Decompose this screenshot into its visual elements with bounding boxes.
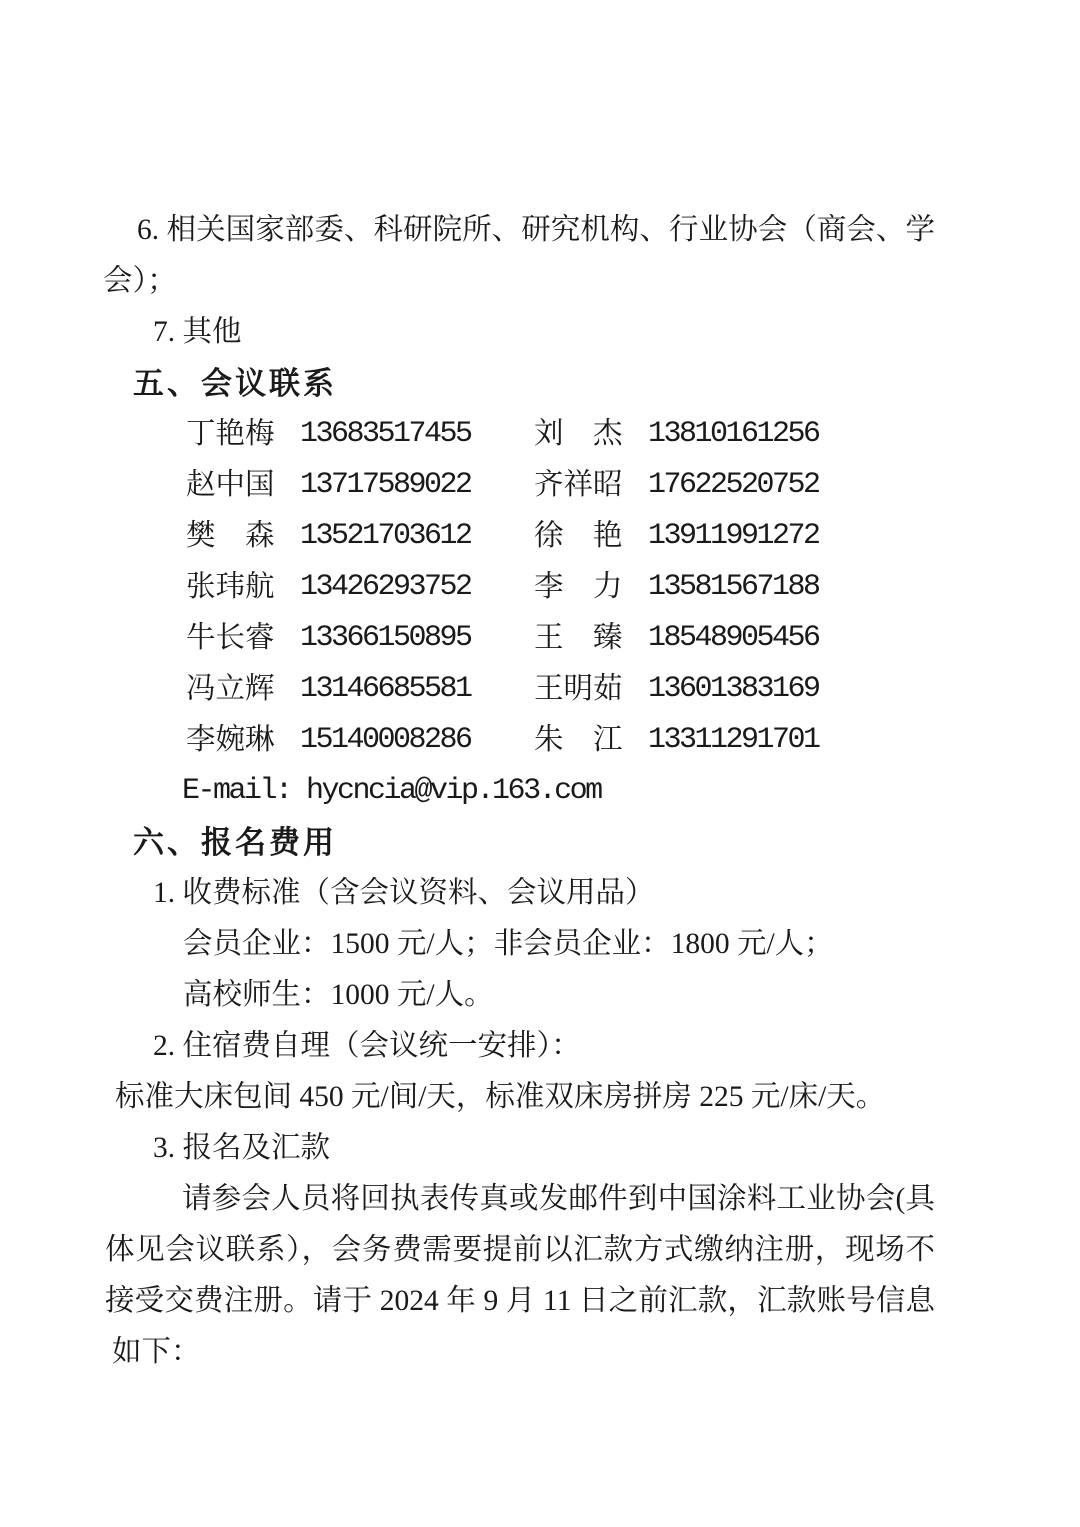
contact-phone: 15140008286 [300,715,534,766]
contact-row: 李婉琳 15140008286 朱 江 13311291701 [186,715,1080,766]
contact-phone: 13366150895 [300,613,534,664]
contact-name: 刘 杰 [534,409,627,460]
contact-name: 王 臻 [534,613,627,664]
contact-name: 李 力 [534,562,627,613]
contact-phone: 13521703612 [300,511,534,562]
fee-standard-title: 1. 收费标准（含会议资料、会议用品） [153,868,1080,919]
page: { "document": { "background": "#ffffff",… [0,0,1080,1527]
contact-phone: 13717589022 [300,460,534,511]
section-heading-fees: 六、报名费用 [133,817,1080,868]
contact-row: 牛长睿 13366150895 王 臻 18548905456 [186,613,1080,664]
registration-title: 3. 报名及汇款 [153,1123,1080,1174]
contact-name: 朱 江 [534,715,627,766]
registration-para-line-1: 请参会人员将回执表传真或发邮件到中国涂料工业协会(具 [182,1174,935,1225]
contact-name: 冯立辉 [186,664,279,715]
org-item-6-line-2: 会）； [103,256,1080,307]
email-line: E-mail: hycncia@vip.163.com [182,766,1080,817]
registration-para-line-3: 接受交费注册。请于 2024 年 9 月 11 日之前汇款，汇款账号信息 [105,1276,935,1327]
contact-phone: 13601383169 [648,664,819,715]
contact-phone: 13426293752 [300,562,534,613]
contact-name: 樊 森 [186,511,279,562]
contact-phone: 13810161256 [648,409,819,460]
contact-row: 赵中国 13717589022 齐祥昭 17622520752 [186,460,1080,511]
contact-name: 徐 艳 [534,511,627,562]
contact-row: 丁艳梅 13683517455 刘 杰 13810161256 [186,409,1080,460]
contact-name: 牛长睿 [186,613,279,664]
contact-phone: 17622520752 [648,460,819,511]
contact-name: 丁艳梅 [186,409,279,460]
registration-para-line-4: 如下： [112,1327,1080,1378]
contact-name: 齐祥昭 [534,460,627,511]
document-page: 6. 相关国家部委、科研院所、研究机构、行业协会（商会、学 会）； 7. 其他 … [0,205,1080,1378]
contact-phone: 13683517455 [300,409,534,460]
contact-row: 樊 森 13521703612 徐 艳 13911991272 [186,511,1080,562]
contact-name: 赵中国 [186,460,279,511]
contact-phone: 18548905456 [648,613,819,664]
contact-row: 冯立辉 13146685581 王明茹 13601383169 [186,664,1080,715]
org-item-6-line-1: 6. 相关国家部委、科研院所、研究机构、行业协会（商会、学 [137,205,935,256]
registration-para-line-2: 体见会议联系），会务费需要提前以汇款方式缴纳注册，现场不 [105,1225,935,1276]
contact-name: 张玮航 [186,562,279,613]
section-heading-contacts: 五、会议联系 [133,358,1080,409]
contact-phone: 13146685581 [300,664,534,715]
fee-student-line: 高校师生：1000 元/人。 [183,970,1080,1021]
accommodation-title: 2. 住宿费自理（会议统一安排）： [153,1021,1080,1072]
contact-row: 张玮航 13426293752 李 力 13581567188 [186,562,1080,613]
contact-name: 李婉琳 [186,715,279,766]
accommodation-line: 标准大床包间 450 元/间/天，标准双床房拼房 225 元/床/天。 [115,1072,1080,1123]
contact-phone: 13911991272 [648,511,819,562]
org-item-7: 7. 其他 [153,307,1080,358]
fee-member-line: 会员企业：1500 元/人；非会员企业：1800 元/人； [183,919,1080,970]
contact-phone: 13581567188 [648,562,819,613]
contact-name: 王明茹 [534,664,627,715]
contact-phone: 13311291701 [648,715,819,766]
